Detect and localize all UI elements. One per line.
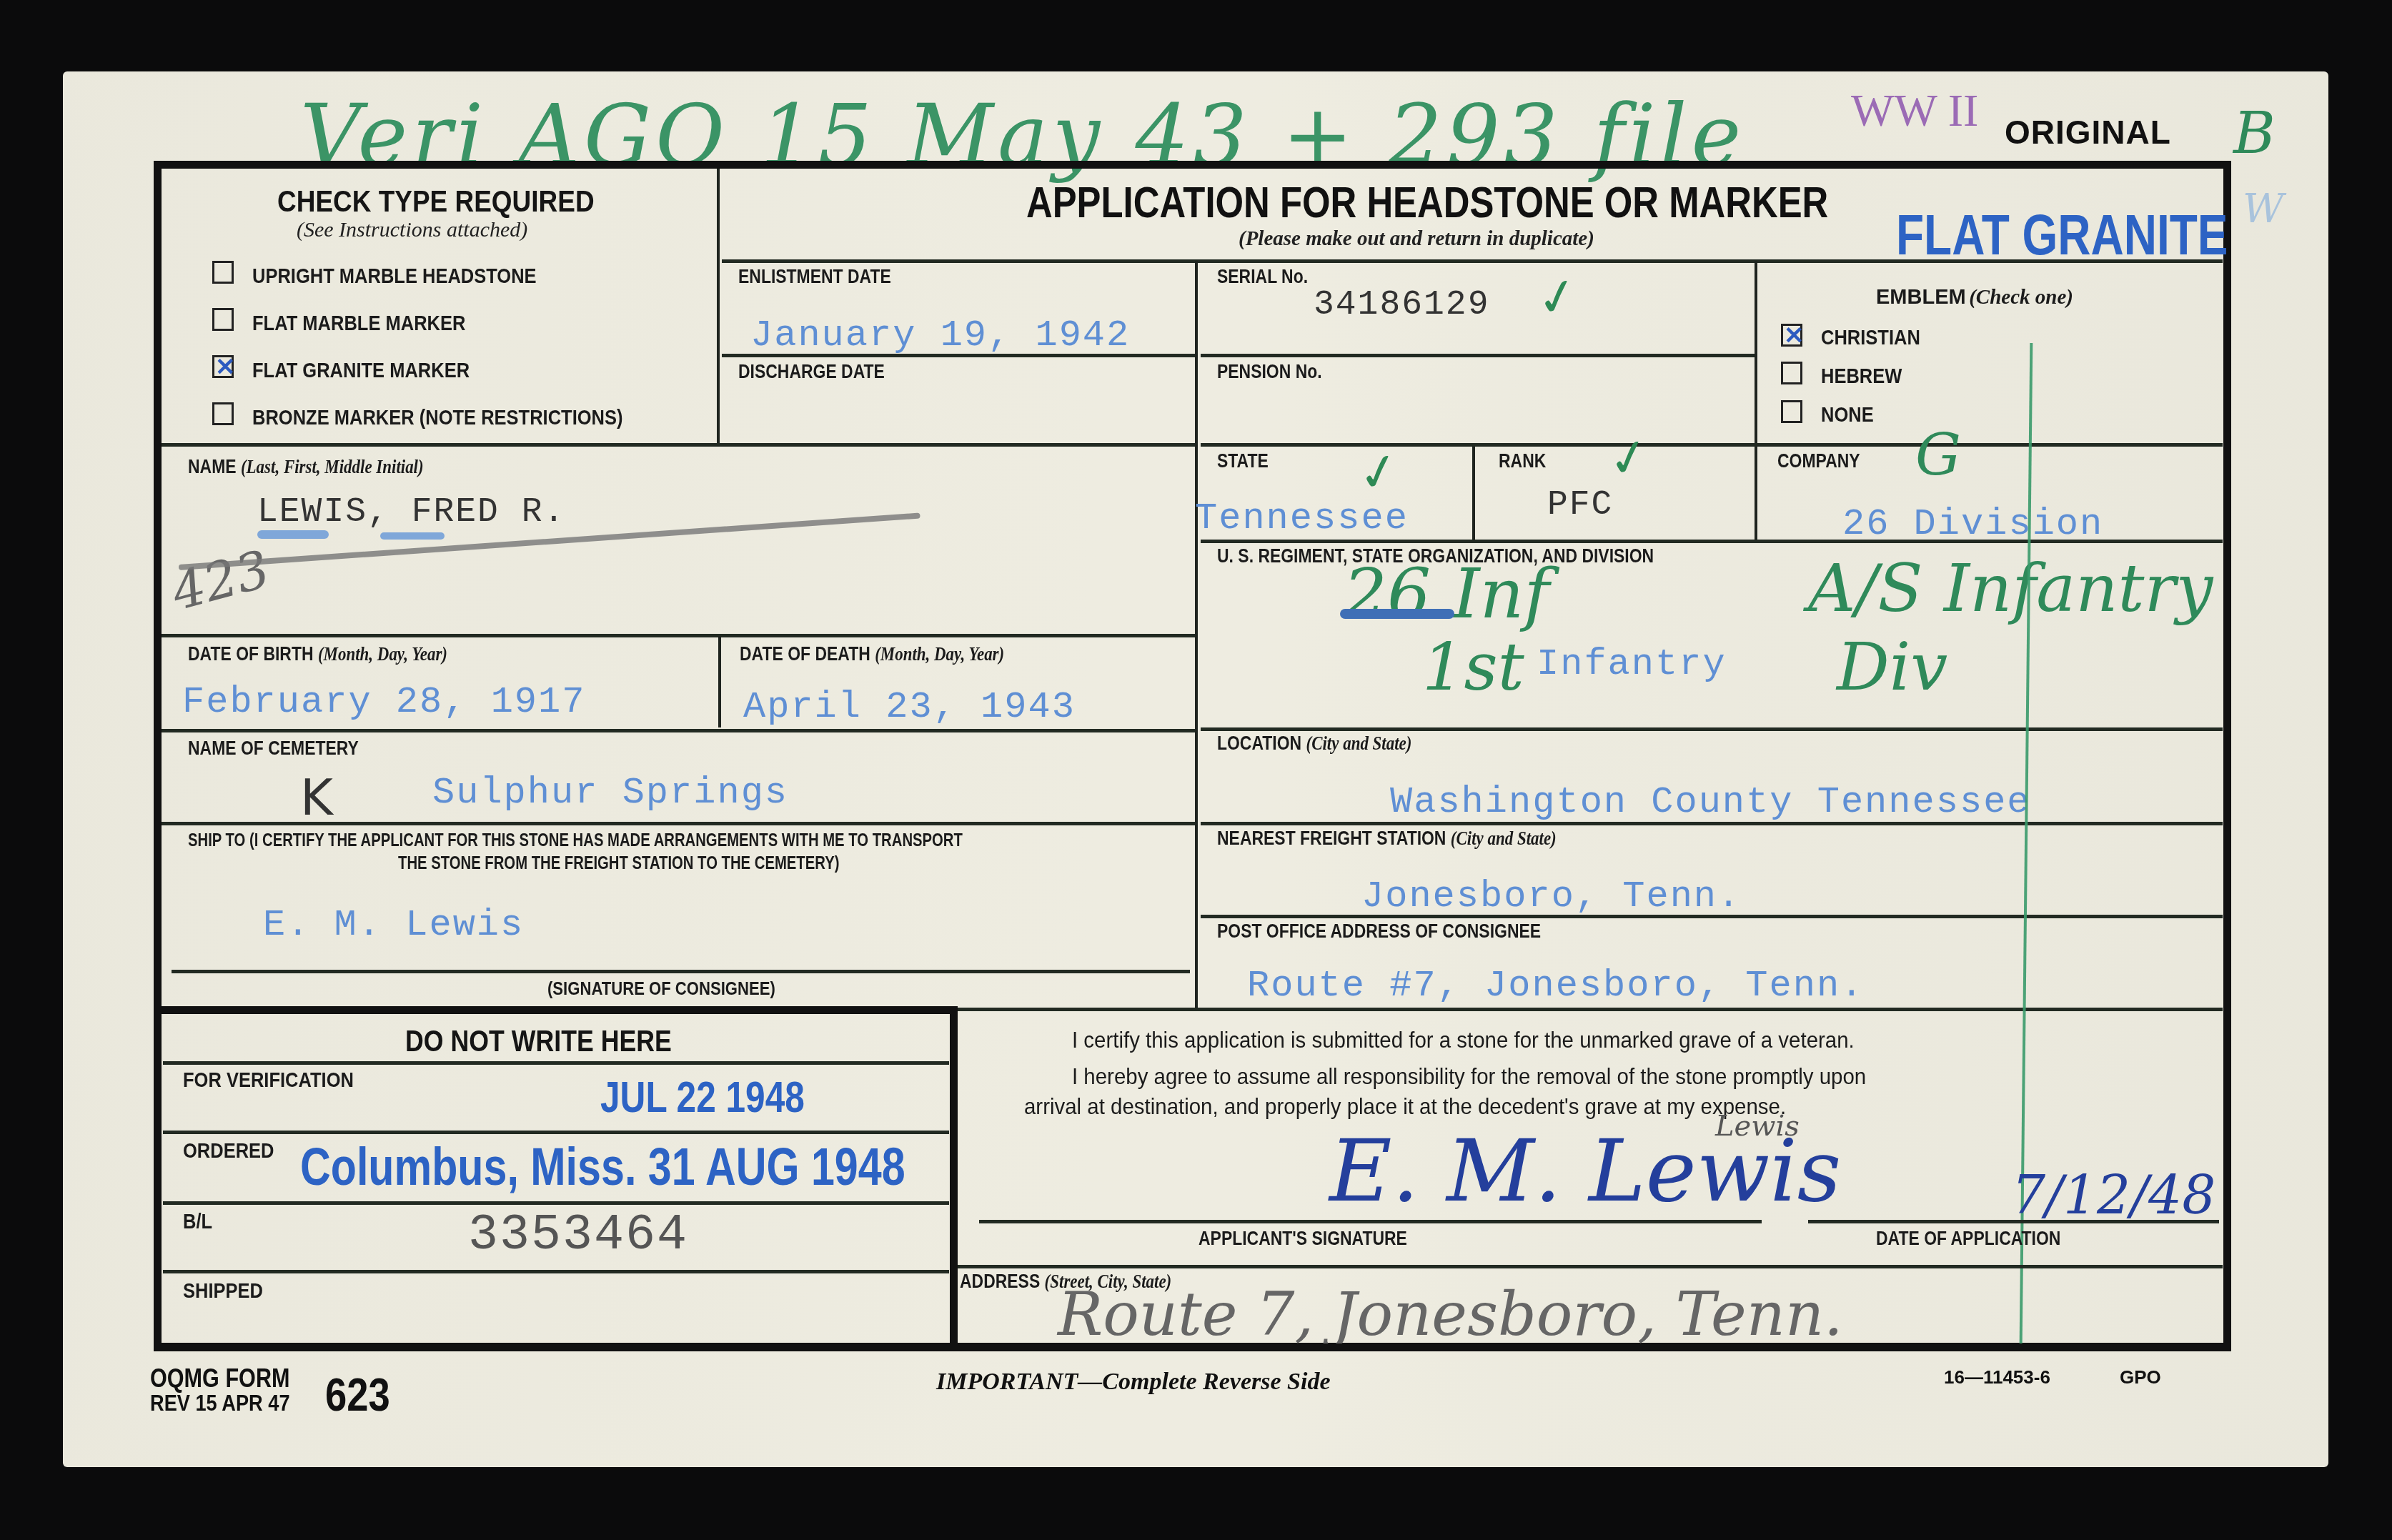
address-value[interactable]: Route 7, Jonesboro, Tenn. bbox=[1058, 1279, 1843, 1349]
freight-station-label: NEAREST FREIGHT STATION (City and State) bbox=[1217, 828, 1557, 850]
post-office-value[interactable]: Route #7, Jonesboro, Tenn. bbox=[1247, 965, 1864, 1007]
divider bbox=[1201, 540, 2223, 543]
divider bbox=[1201, 822, 2223, 825]
form-id-line-1: OQMG FORM bbox=[150, 1366, 290, 1391]
print-code: 16—11453-6 bbox=[1944, 1366, 2050, 1389]
divider bbox=[162, 822, 1195, 825]
location-value[interactable]: Washington County Tennessee bbox=[1390, 781, 2031, 823]
divider bbox=[1201, 354, 1755, 357]
emblem-heading: EMBLEM (Check one) bbox=[1876, 286, 2073, 309]
cemetery-value[interactable]: Sulphur Springs bbox=[432, 772, 788, 814]
company-handwritten: G bbox=[1915, 422, 1961, 488]
emblem-heading-label: EMBLEM bbox=[1876, 286, 1966, 309]
emblem-option-christian: CHRISTIAN bbox=[1821, 326, 1920, 350]
enlistment-date-value[interactable]: January 19, 1942 bbox=[750, 314, 1130, 357]
state-label: STATE bbox=[1217, 450, 1269, 472]
divider bbox=[1755, 447, 1757, 540]
consignee-signature-caption: (SIGNATURE OF CONSIGNEE) bbox=[547, 978, 775, 1000]
form-subtitle: (Please make out and return in duplicate… bbox=[1239, 227, 1594, 251]
checkbox-flat-marble[interactable] bbox=[212, 308, 234, 331]
name-label-note: (Last, First, Middle Initial) bbox=[241, 456, 424, 477]
dob-value[interactable]: February 28, 1917 bbox=[182, 681, 586, 723]
shipped-label: SHIPPED bbox=[183, 1279, 263, 1303]
pension-no-label: PENSION No. bbox=[1217, 361, 1322, 383]
regiment-typed[interactable]: Infantry bbox=[1537, 643, 1727, 685]
ship-to-value[interactable]: E. M. Lewis bbox=[263, 904, 524, 946]
divider bbox=[162, 729, 1195, 732]
emblem-option-hebrew: HEBREW bbox=[1821, 364, 1902, 389]
emblem-option-none: NONE bbox=[1821, 403, 1874, 427]
option-upright-marble: UPRIGHT MARBLE HEADSTONE bbox=[252, 264, 537, 289]
emblem-heading-note: (Check one) bbox=[1969, 286, 2073, 309]
freight-station-label-text: NEAREST FREIGHT STATION bbox=[1217, 828, 1446, 849]
name-label: NAME (Last, First, Middle Initial) bbox=[188, 456, 424, 478]
regiment-handwritten-1: 26 Inf bbox=[1344, 554, 1549, 634]
enlistment-date-label: ENLISTMENT DATE bbox=[738, 266, 891, 288]
form-number: 623 bbox=[325, 1368, 390, 1421]
divider bbox=[1201, 443, 2223, 447]
dod-label-note: (Month, Day, Year) bbox=[875, 643, 1004, 665]
certification-line-1: I certify this application is submitted … bbox=[1072, 1027, 1855, 1053]
cemetery-label: NAME OF CEMETERY bbox=[188, 737, 359, 760]
divider bbox=[1195, 261, 1198, 1011]
date-of-application-label: DATE OF APPLICATION bbox=[1876, 1228, 2060, 1250]
regiment-handwritten-2-prefix: 1st bbox=[1422, 629, 1524, 705]
ordered-label: ORDERED bbox=[183, 1139, 274, 1163]
serial-no-value[interactable]: 34186129 bbox=[1314, 286, 1489, 324]
location-label-note: (City and State) bbox=[1306, 732, 1412, 754]
option-flat-marble: FLAT MARBLE MARKER bbox=[252, 312, 465, 336]
ship-to-label-2: THE STONE FROM THE FREIGHT STATION TO TH… bbox=[398, 852, 839, 874]
state-value[interactable]: Tennessee bbox=[1195, 497, 1409, 540]
divider bbox=[1201, 915, 2223, 918]
corner-mark-b: B bbox=[2233, 100, 2276, 167]
divider bbox=[163, 1270, 949, 1273]
dob-label-text: DATE OF BIRTH bbox=[188, 643, 314, 665]
checkbox-christian[interactable] bbox=[1781, 324, 1802, 347]
applicant-signature-label: APPLICANT'S SIGNATURE bbox=[1199, 1228, 1407, 1250]
checkbox-none[interactable] bbox=[1781, 400, 1802, 423]
divider bbox=[1755, 261, 1757, 443]
signature-line bbox=[172, 970, 1190, 973]
freight-station-label-note: (City and State) bbox=[1451, 828, 1557, 849]
checkbox-bronze[interactable] bbox=[212, 402, 234, 425]
dod-label: DATE OF DEATH (Month, Day, Year) bbox=[740, 643, 1004, 665]
signature-line bbox=[979, 1220, 1762, 1223]
freight-station-value[interactable]: Jonesboro, Tenn. bbox=[1361, 875, 1741, 918]
dob-label: DATE OF BIRTH (Month, Day, Year) bbox=[188, 643, 447, 665]
name-value[interactable]: LEWIS, FRED R. bbox=[257, 493, 565, 532]
divider bbox=[1472, 447, 1475, 540]
divider bbox=[717, 169, 720, 443]
form-title: APPLICATION FOR HEADSTONE OR MARKER bbox=[1026, 177, 1828, 228]
name-underline-highlight bbox=[257, 530, 329, 539]
post-office-label: POST OFFICE ADDRESS OF CONSIGNEE bbox=[1217, 920, 1541, 943]
ww2-stamp: WW II bbox=[1851, 84, 1978, 137]
checkbox-upright-marble[interactable] bbox=[212, 261, 234, 284]
divider bbox=[163, 1061, 949, 1065]
office-use-heading: DO NOT WRITE HERE bbox=[405, 1024, 672, 1058]
divider bbox=[718, 636, 721, 727]
divider bbox=[958, 1008, 2223, 1011]
divider bbox=[163, 1201, 949, 1205]
company-label: COMPANY bbox=[1777, 450, 1860, 472]
dod-label-text: DATE OF DEATH bbox=[740, 643, 870, 665]
rank-value[interactable]: PFC bbox=[1547, 486, 1613, 525]
original-label: ORIGINAL bbox=[2005, 113, 2171, 151]
divider bbox=[162, 634, 1195, 637]
date-line bbox=[1808, 1220, 2219, 1223]
check-type-subheading: (See Instructions attached) bbox=[297, 218, 527, 242]
location-label-text: LOCATION bbox=[1217, 732, 1301, 754]
corner-mark-w: W bbox=[2243, 186, 2284, 232]
certification-line-2: I hereby agree to assume all responsibil… bbox=[1072, 1063, 1866, 1090]
verification-stamp: JUL 22 1948 bbox=[600, 1072, 805, 1123]
divider bbox=[163, 1131, 949, 1134]
regiment-highlight bbox=[1340, 609, 1454, 619]
discharge-date-label: DISCHARGE DATE bbox=[738, 361, 885, 383]
checkbox-flat-granite[interactable] bbox=[212, 355, 234, 378]
important-note: IMPORTANT—Complete Reverse Side bbox=[936, 1368, 1331, 1396]
location-label: LOCATION (City and State) bbox=[1217, 732, 1411, 755]
form-id: OQMG FORM REV 15 APR 47 bbox=[150, 1366, 290, 1415]
divider bbox=[162, 443, 1195, 447]
option-flat-granite: FLAT GRANITE MARKER bbox=[252, 359, 470, 383]
bl-value: 3353464 bbox=[468, 1208, 688, 1264]
checkbox-hebrew[interactable] bbox=[1781, 362, 1802, 384]
form-bottom-rule bbox=[154, 1343, 2231, 1351]
serial-no-label: SERIAL No. bbox=[1217, 266, 1308, 288]
regiment-handwritten-2-suffix: Div bbox=[1837, 629, 1947, 705]
divider bbox=[958, 1265, 2223, 1268]
date-of-application-value[interactable]: 7/12/48 bbox=[2012, 1165, 2215, 1226]
verification-label: FOR VERIFICATION bbox=[183, 1068, 354, 1093]
check-type-heading: CHECK TYPE REQUIRED bbox=[277, 184, 595, 219]
option-bronze: BRONZE MARKER (NOTE RESTRICTIONS) bbox=[252, 406, 623, 430]
dod-value[interactable]: April 23, 1943 bbox=[743, 686, 1076, 728]
form-id-line-2: REV 15 APR 47 bbox=[150, 1391, 290, 1415]
ordered-stamp: Columbus, Miss. 31 AUG 1948 bbox=[300, 1136, 905, 1197]
regiment-handwritten-1b: A/S Infantry bbox=[1808, 550, 2213, 627]
divider bbox=[1201, 727, 2223, 731]
certification-line-3: arrival at destination, and properly pla… bbox=[1024, 1093, 1786, 1120]
rank-label: RANK bbox=[1499, 450, 1546, 472]
printer-mark: GPO bbox=[2120, 1366, 2161, 1389]
divider bbox=[722, 259, 2223, 263]
name-underline-highlight bbox=[380, 532, 445, 540]
signature-annotation: Lewis bbox=[1715, 1110, 1800, 1143]
name-label-text: NAME bbox=[188, 456, 237, 477]
flat-granite-stamp: FLAT GRANITE bbox=[1896, 202, 2228, 268]
cemetery-mark: K bbox=[300, 768, 333, 827]
ship-to-label-1: SHIP TO (I CERTIFY THE APPLICANT FOR THI… bbox=[188, 829, 963, 851]
bl-label: B/L bbox=[183, 1210, 212, 1234]
divider bbox=[722, 354, 1197, 357]
dob-label-note: (Month, Day, Year) bbox=[318, 643, 447, 665]
address-label-text: ADDRESS bbox=[960, 1271, 1040, 1292]
